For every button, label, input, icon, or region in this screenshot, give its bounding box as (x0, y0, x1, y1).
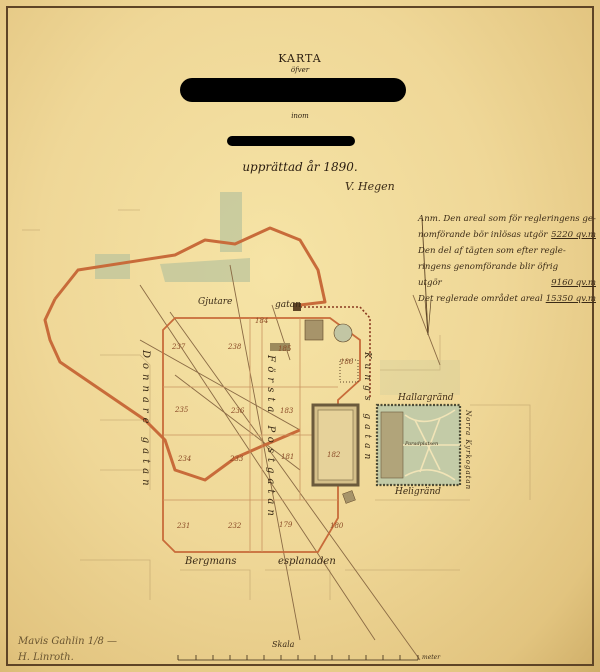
plot-number: 235 (175, 406, 188, 414)
map-drawing (0, 0, 600, 672)
street-label-heligrand: Heligränd (395, 487, 441, 497)
plot-number: 237 (172, 343, 185, 351)
note-line-1: Anm. Den areal som för regleringens ge- (418, 212, 596, 228)
street-label-bergmans: Bergmans (185, 556, 236, 567)
note-line-4: ringens genomförande blir öfrig (418, 260, 596, 276)
note-line-2: nomförande bör inlösas utgör 5220 qv.m (418, 228, 596, 244)
plot-number: 238 (228, 343, 241, 351)
street-label-donnare: Donnare gatan (140, 350, 151, 491)
scale-unit: meter (422, 654, 440, 661)
street-label-esplanaden: esplanaden (278, 556, 336, 567)
area-annotation: Anm. Den areal som för regleringens ge- … (418, 212, 596, 308)
scale-label: Skala (272, 640, 294, 649)
plot-number: 182 (327, 451, 340, 459)
plot-number: 232 (228, 522, 241, 530)
margin-note-line2: H. Linroth. (18, 652, 74, 663)
area-regulated: 15350 qv.m (546, 292, 596, 307)
area-remaining: 9160 qv.m (551, 276, 596, 291)
street-label-forsta-postgatan: Första Postgatan (265, 355, 276, 521)
margin-note-line1: Mavis Gahlin 1/8 — (18, 636, 117, 647)
plot-number: 183 (280, 407, 293, 415)
plot-number: 236 (231, 407, 244, 415)
plot-number: 231 (177, 522, 190, 530)
plot-number: 234 (178, 455, 191, 463)
note-lead: Anm. (418, 214, 441, 224)
map-sheet: KARTA öfver inom upprättad år 1890. V. H… (0, 0, 600, 672)
note-line-3: Den del af tägten som efter regle- (418, 244, 596, 260)
plot-number: 179 (279, 521, 292, 529)
plot-number: 185 (278, 345, 291, 353)
street-label-gjutare: Gjutare (198, 297, 232, 307)
plot-number: 180 (330, 522, 343, 530)
street-label-gatan: gatan (275, 300, 301, 310)
street-label-norra-kyrkogatan: Norra Kyrkogatan (464, 410, 472, 490)
plot-number: 181 (281, 453, 294, 461)
note-line-6: Det reglerade området areal 15350 qv.m (418, 292, 596, 308)
plot-number: 186 (340, 358, 353, 366)
note-line-5: utgör 9160 qv.m (418, 276, 596, 292)
plot-number: 233 (230, 455, 243, 463)
street-label-hallargrand: Hallargränd (398, 393, 454, 403)
plot-number: 184 (255, 317, 268, 325)
street-label-kungsgatan: Kungs gatan (362, 352, 372, 464)
park-label: Paradplatsen (405, 441, 438, 447)
area-to-redeem: 5220 qv.m (551, 228, 596, 243)
